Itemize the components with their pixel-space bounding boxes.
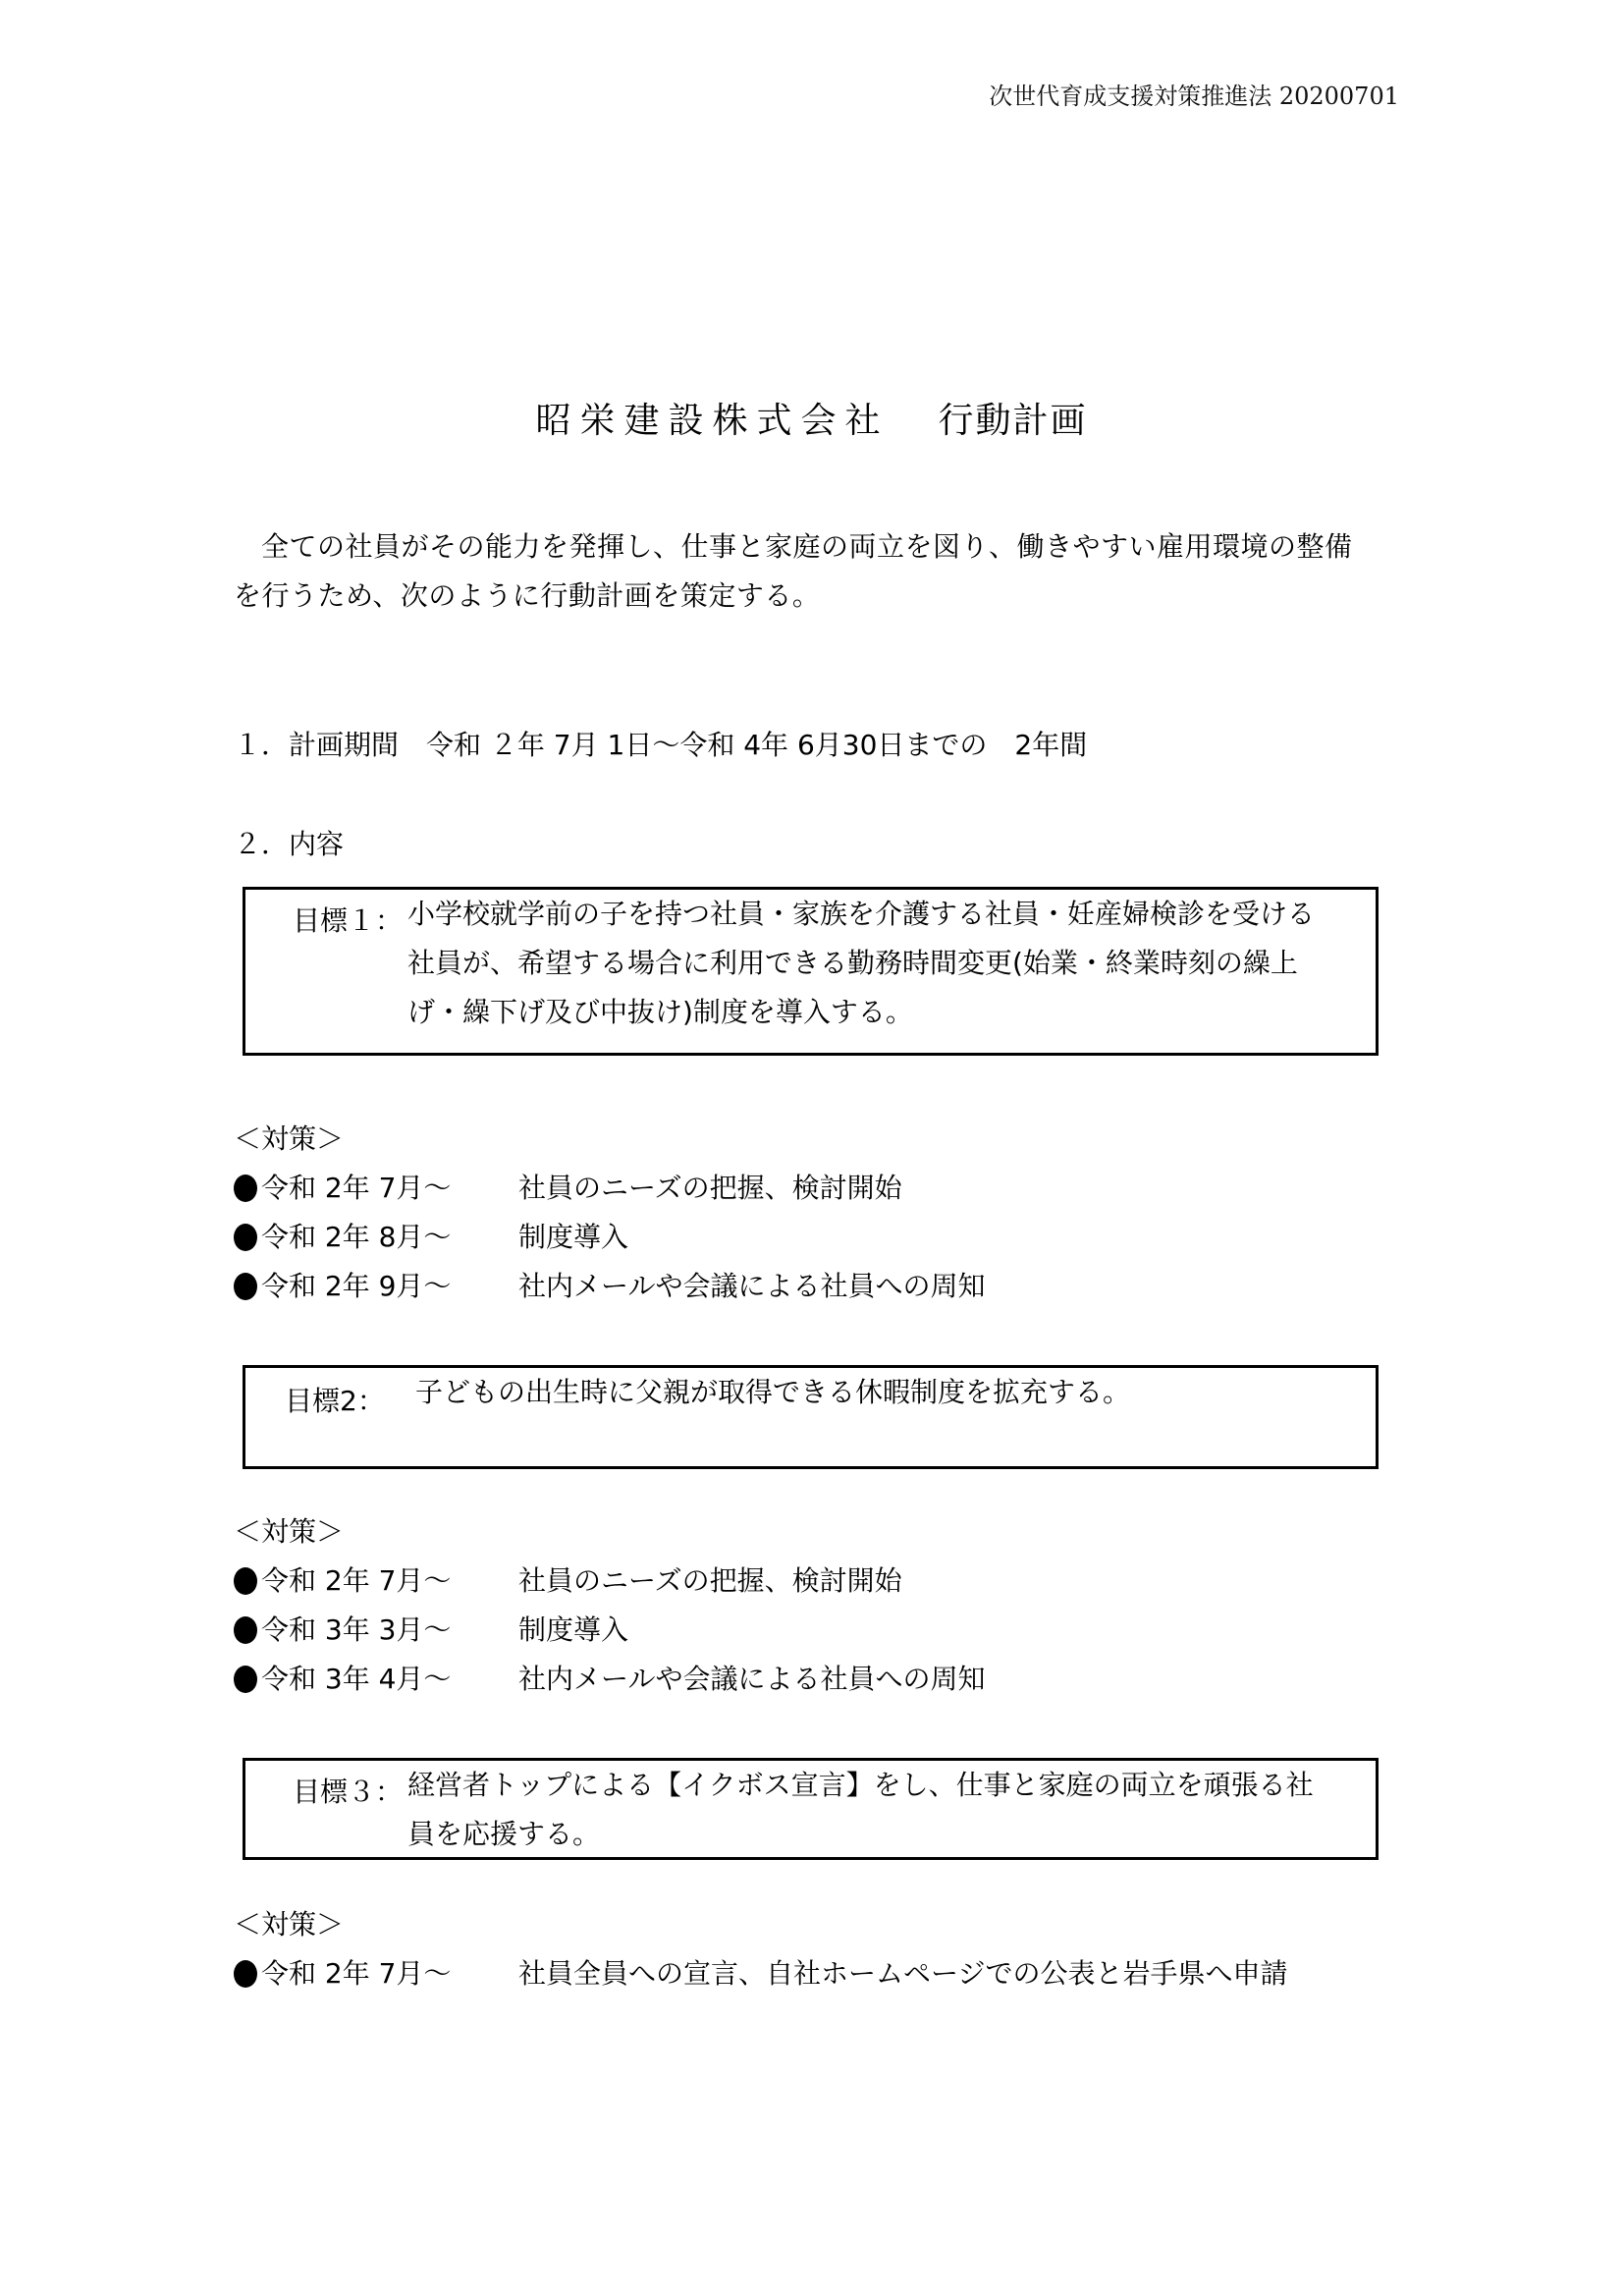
bullet-icon bbox=[234, 1666, 257, 1693]
plan-title: 行動計画 bbox=[939, 401, 1088, 441]
measure-date: 令和 3年 3月～ bbox=[261, 1606, 518, 1655]
bullet-icon bbox=[234, 1616, 257, 1644]
goal-2-label: 目標2： bbox=[285, 1380, 385, 1419]
measures-heading: ＜対策＞ bbox=[234, 1900, 1287, 1949]
bullet-icon bbox=[234, 1567, 257, 1595]
section-content: ２．内容 bbox=[234, 823, 344, 862]
goal-1-line-3: げ・繰下げ及び中抜け)制度を導入する。 bbox=[407, 988, 1315, 1037]
measure-date: 令和 3年 4月～ bbox=[261, 1655, 518, 1704]
measure-item: 令和 2年 9月～ 社内メールや会議による社員への周知 bbox=[234, 1262, 985, 1311]
measure-item: 令和 2年 7月～ 社員のニーズの把握、検討開始 bbox=[234, 1164, 985, 1213]
measure-text: 社員のニーズの把握、検討開始 bbox=[518, 1164, 902, 1213]
measures-heading: ＜対策＞ bbox=[234, 1115, 985, 1164]
goal-1-text: 小学校就学前の子を持つ社員・家族を介護する社員・妊産婦検診を受ける 社員が、希望… bbox=[407, 890, 1315, 1037]
goal-2-line-1: 子どもの出生時に父親が取得できる休暇制度を拡充する。 bbox=[415, 1368, 1130, 1417]
goal-2-text: 子どもの出生時に父親が取得できる休暇制度を拡充する。 bbox=[415, 1368, 1130, 1417]
measure-text: 制度導入 bbox=[518, 1213, 628, 1262]
goal-2-measures: ＜対策＞ 令和 2年 7月～ 社員のニーズの把握、検討開始 令和 3年 3月～ … bbox=[234, 1507, 985, 1704]
measure-item: 令和 2年 7月～ 社員全員への宣言、自社ホームページでの公表と岩手県へ申請 bbox=[234, 1949, 1287, 1998]
goal-1-line-2: 社員が、希望する場合に利用できる勤務時間変更(始業・終業時刻の繰上 bbox=[407, 939, 1315, 988]
goal-3-text: 経営者トップによる【イクボス宣言】をし、仕事と家庭の両立を頑張る社 員を応援する… bbox=[407, 1761, 1314, 1859]
section-plan-period: １．計画期間 令和 ２年 7月 1日～令和 4年 6月30日までの 2年間 bbox=[234, 724, 1087, 763]
goal-1-line-1: 小学校就学前の子を持つ社員・家族を介護する社員・妊産婦検診を受ける bbox=[407, 890, 1315, 939]
measure-text: 制度導入 bbox=[518, 1606, 628, 1655]
goal-3-box: 目標３： 経営者トップによる【イクボス宣言】をし、仕事と家庭の両立を頑張る社 員… bbox=[243, 1758, 1379, 1860]
bullet-icon bbox=[234, 1960, 257, 1988]
goal-3-line-2: 員を応援する。 bbox=[407, 1810, 1314, 1859]
measure-text: 社内メールや会議による社員への周知 bbox=[518, 1262, 985, 1311]
measure-date: 令和 2年 7月～ bbox=[261, 1949, 518, 1998]
measure-text: 社員のニーズの把握、検討開始 bbox=[518, 1557, 902, 1606]
measure-item: 令和 2年 7月～ 社員のニーズの把握、検討開始 bbox=[234, 1557, 985, 1606]
measure-text: 社員全員への宣言、自社ホームページでの公表と岩手県へ申請 bbox=[518, 1949, 1287, 1998]
goal-1-box: 目標１： 小学校就学前の子を持つ社員・家族を介護する社員・妊産婦検診を受ける 社… bbox=[243, 887, 1379, 1056]
measure-item: 令和 2年 8月～ 制度導入 bbox=[234, 1213, 985, 1262]
company-name: 昭栄建設株式会社 bbox=[535, 401, 889, 441]
bullet-icon bbox=[234, 1175, 257, 1202]
measures-heading: ＜対策＞ bbox=[234, 1507, 985, 1557]
intro-line-2: を行うため、次のように行動計画を策定する。 bbox=[234, 572, 1407, 621]
goal-2-box: 目標2： 子どもの出生時に父親が取得できる休暇制度を拡充する。 bbox=[243, 1365, 1379, 1469]
measure-date: 令和 2年 7月～ bbox=[261, 1164, 518, 1213]
intro-line-1: 全ての社員がその能力を発揮し、仕事と家庭の両立を図り、働きやすい雇用環境の整備 bbox=[234, 522, 1407, 572]
goal-3-line-1: 経営者トップによる【イクボス宣言】をし、仕事と家庭の両立を頑張る社 bbox=[407, 1761, 1314, 1810]
goal-3-measures: ＜対策＞ 令和 2年 7月～ 社員全員への宣言、自社ホームページでの公表と岩手県… bbox=[234, 1900, 1287, 1998]
measure-date: 令和 2年 7月～ bbox=[261, 1557, 518, 1606]
measure-date: 令和 2年 8月～ bbox=[261, 1213, 518, 1262]
goal-3-label: 目標３： bbox=[293, 1771, 403, 1810]
measure-item: 令和 3年 4月～ 社内メールや会議による社員への周知 bbox=[234, 1655, 985, 1704]
header-note: 次世代育成支援対策推進法 20200701 bbox=[989, 77, 1399, 111]
measure-date: 令和 2年 9月～ bbox=[261, 1262, 518, 1311]
document-title: 昭栄建設株式会社行動計画 bbox=[0, 393, 1623, 443]
measure-item: 令和 3年 3月～ 制度導入 bbox=[234, 1606, 985, 1655]
intro-paragraph: 全ての社員がその能力を発揮し、仕事と家庭の両立を図り、働きやすい雇用環境の整備 … bbox=[234, 522, 1407, 621]
measure-text: 社内メールや会議による社員への周知 bbox=[518, 1655, 985, 1704]
document-page: 次世代育成支援対策推進法 20200701 昭栄建設株式会社行動計画 全ての社員… bbox=[0, 0, 1623, 2296]
bullet-icon bbox=[234, 1224, 257, 1251]
bullet-icon bbox=[234, 1273, 257, 1300]
goal-1-label: 目標１： bbox=[293, 900, 403, 939]
goal-1-measures: ＜対策＞ 令和 2年 7月～ 社員のニーズの把握、検討開始 令和 2年 8月～ … bbox=[234, 1115, 985, 1311]
